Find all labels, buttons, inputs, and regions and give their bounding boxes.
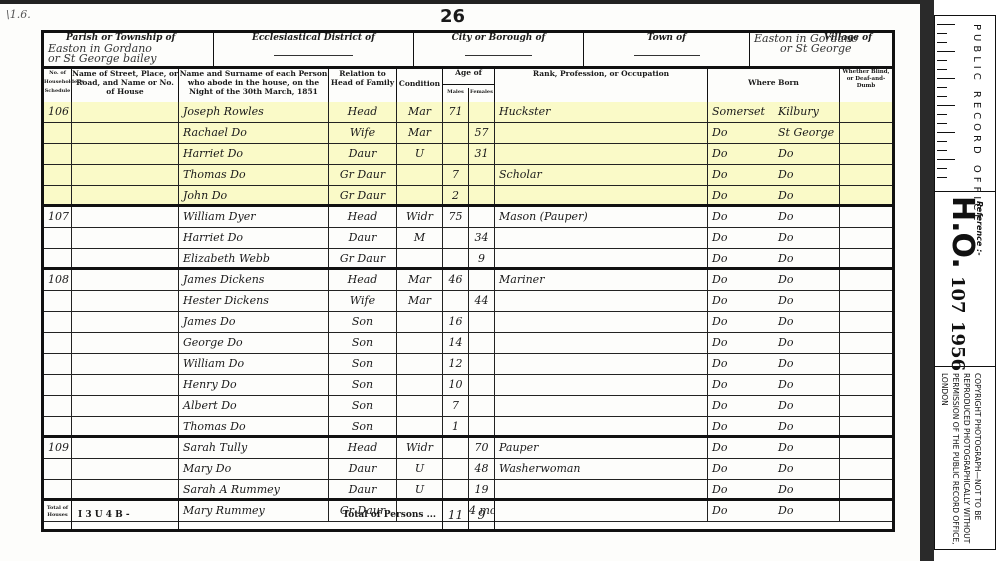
street-cell bbox=[72, 354, 179, 374]
born-county-cell: Do bbox=[708, 438, 774, 458]
condition-cell bbox=[397, 186, 443, 204]
relation-cell: Wife bbox=[329, 123, 397, 143]
name-cell: John Do bbox=[179, 186, 329, 204]
ruler-tick bbox=[937, 60, 947, 61]
town-label: Town of bbox=[584, 33, 749, 43]
occupation-cell bbox=[495, 480, 708, 500]
relation-cell: Son bbox=[329, 354, 397, 374]
page-number: 26 bbox=[440, 6, 465, 27]
schedule-cell bbox=[44, 396, 72, 416]
street-cell bbox=[72, 291, 179, 311]
total-persons-label: Total of Persons ... bbox=[179, 501, 443, 529]
born-county-cell: Do bbox=[708, 291, 774, 311]
column-header: No. of Householder's Schedule Name of St… bbox=[44, 66, 892, 104]
schedule-cell bbox=[44, 165, 72, 185]
born-parish-cell: Do bbox=[774, 144, 840, 164]
ruler-tick bbox=[937, 177, 947, 178]
age-male-cell: 75 bbox=[443, 207, 469, 227]
infirmity-cell bbox=[840, 354, 892, 374]
blank-line bbox=[634, 55, 700, 56]
occupation-cell bbox=[495, 375, 708, 395]
table-row: Thomas DoGr Daur7ScholarDoDo bbox=[44, 165, 892, 186]
name-cell: Thomas Do bbox=[179, 417, 329, 435]
age-female-cell bbox=[469, 333, 495, 353]
ruler-tick bbox=[937, 51, 955, 52]
age-female-cell bbox=[469, 354, 495, 374]
blank-line bbox=[465, 55, 533, 56]
ruler-tick bbox=[937, 141, 947, 142]
infirmity-cell bbox=[840, 207, 892, 227]
condition-cell: Widr bbox=[397, 438, 443, 458]
born-parish-cell: Do bbox=[774, 438, 840, 458]
table-row: William DoSon12DoDo bbox=[44, 354, 892, 375]
infirmity-cell bbox=[840, 186, 892, 204]
age-female-cell bbox=[469, 312, 495, 332]
age-male-cell: 7 bbox=[443, 165, 469, 185]
born-parish-cell: Do bbox=[774, 312, 840, 332]
village-cell: Village of Easton in Gordano or St Georg… bbox=[750, 33, 892, 66]
street-cell bbox=[72, 102, 179, 122]
copyright-box: COPYRIGHT PHOTOGRAPH—NOT TO BE REPRODUCE… bbox=[935, 366, 995, 549]
born-county-cell: Do bbox=[708, 270, 774, 290]
age-male-cell: 12 bbox=[443, 354, 469, 374]
street-cell bbox=[72, 459, 179, 479]
age-male-cell: 2 bbox=[443, 186, 469, 204]
name-cell: William Dyer bbox=[179, 207, 329, 227]
condition-cell: M bbox=[397, 228, 443, 248]
name-cell: Harriet Do bbox=[179, 144, 329, 164]
born-parish-cell: Do bbox=[774, 417, 840, 435]
age-male-cell bbox=[443, 480, 469, 500]
table-row: John DoGr Daur2DoDo bbox=[44, 186, 892, 207]
name-cell: James Dickens bbox=[179, 270, 329, 290]
age-male-cell: 46 bbox=[443, 270, 469, 290]
age-female-cell: 44 bbox=[469, 291, 495, 311]
condition-cell: Mar bbox=[397, 123, 443, 143]
name-cell: Sarah Tully bbox=[179, 438, 329, 458]
table-row: Thomas DoSon1DoDo bbox=[44, 417, 892, 438]
relation-cell: Daur bbox=[329, 480, 397, 500]
condition-cell: U bbox=[397, 480, 443, 500]
occupation-cell bbox=[495, 354, 708, 374]
age-female-cell: 31 bbox=[469, 144, 495, 164]
table-row: Hester DickensWifeMar44DoDo bbox=[44, 291, 892, 312]
ruler-tick bbox=[937, 105, 955, 106]
condition-cell bbox=[397, 417, 443, 435]
ruler-tick bbox=[937, 123, 947, 124]
name-cell: Henry Do bbox=[179, 375, 329, 395]
occupation-cell: Scholar bbox=[495, 165, 708, 185]
infirmity-cell bbox=[840, 438, 892, 458]
col-age: Age of Males Females bbox=[443, 66, 495, 102]
col-infirmity: Whether Blind, or Deaf-and-Dumb bbox=[840, 66, 892, 102]
street-cell bbox=[72, 186, 179, 204]
total-males: 11 bbox=[443, 501, 469, 529]
ruler-tick bbox=[937, 159, 955, 160]
col-condition: Condition bbox=[397, 66, 443, 102]
condition-cell: Mar bbox=[397, 102, 443, 122]
condition-cell bbox=[397, 354, 443, 374]
age-female-cell bbox=[469, 417, 495, 435]
born-parish-cell: Do bbox=[774, 165, 840, 185]
born-parish-cell: St George bbox=[774, 123, 840, 143]
infirmity-cell bbox=[840, 144, 892, 164]
schedule-cell bbox=[44, 312, 72, 332]
schedule-cell: 107 bbox=[44, 207, 72, 227]
schedule-cell: 108 bbox=[44, 270, 72, 290]
born-county-cell: Do bbox=[708, 207, 774, 227]
age-female-cell bbox=[469, 396, 495, 416]
ruler-divider bbox=[935, 191, 995, 192]
ruler-tick bbox=[937, 33, 947, 34]
infirmity-cell bbox=[840, 291, 892, 311]
name-cell: George Do bbox=[179, 333, 329, 353]
film-edge bbox=[920, 0, 934, 561]
table-row: Mary DoDaurU48WasherwomanDoDo bbox=[44, 459, 892, 480]
name-cell: Elizabeth Webb bbox=[179, 249, 329, 267]
occupation-cell: Washerwoman bbox=[495, 459, 708, 479]
reference-label: Reference :- bbox=[975, 201, 984, 256]
name-cell: Sarah A Rummey bbox=[179, 480, 329, 500]
location-header: Parish or Township of Easton in Gordano … bbox=[44, 33, 892, 69]
infirmity-cell bbox=[840, 480, 892, 500]
occupation-cell bbox=[495, 186, 708, 204]
copyright-notice: COPYRIGHT PHOTOGRAPH—NOT TO BE REPRODUCE… bbox=[939, 373, 983, 548]
schedule-cell bbox=[44, 228, 72, 248]
ruler-tick bbox=[937, 132, 955, 133]
occupation-cell bbox=[495, 249, 708, 267]
ruler-tick bbox=[937, 96, 947, 97]
infirmity-cell bbox=[840, 375, 892, 395]
city-cell: City or Borough of bbox=[414, 33, 584, 66]
street-cell bbox=[72, 333, 179, 353]
street-cell bbox=[72, 144, 179, 164]
born-parish-cell: Do bbox=[774, 270, 840, 290]
occupation-cell bbox=[495, 312, 708, 332]
relation-cell: Head bbox=[329, 438, 397, 458]
relation-cell: Head bbox=[329, 270, 397, 290]
condition-cell bbox=[397, 333, 443, 353]
ruler-label: PUBLIC RECORD OFFICE bbox=[971, 24, 982, 224]
table-row: 109Sarah TullyHeadWidr70PauperDoDo bbox=[44, 438, 892, 459]
born-county-cell: Do bbox=[708, 249, 774, 267]
col-relation: Relation to Head of Family bbox=[329, 66, 397, 102]
relation-cell: Daur bbox=[329, 459, 397, 479]
name-cell: Hester Dickens bbox=[179, 291, 329, 311]
age-male-cell bbox=[443, 123, 469, 143]
age-female-cell bbox=[469, 102, 495, 122]
age-males-label: Males bbox=[443, 88, 469, 102]
born-parish-cell: Do bbox=[774, 291, 840, 311]
relation-cell: Daur bbox=[329, 144, 397, 164]
age-male-cell: 1 bbox=[443, 417, 469, 435]
occupation-cell: Mariner bbox=[495, 270, 708, 290]
street-cell bbox=[72, 207, 179, 227]
age-male-cell: 14 bbox=[443, 333, 469, 353]
relation-cell: Gr Daur bbox=[329, 249, 397, 267]
table-row: Rachael DoWifeMar57DoSt George bbox=[44, 123, 892, 144]
name-cell: Albert Do bbox=[179, 396, 329, 416]
occupation-cell bbox=[495, 123, 708, 143]
born-county-cell: Do bbox=[708, 312, 774, 332]
occupation-cell: Huckster bbox=[495, 102, 708, 122]
schedule-cell bbox=[44, 459, 72, 479]
age-label: Age of bbox=[443, 68, 494, 77]
city-label: City or Borough of bbox=[414, 33, 583, 43]
age-female-cell bbox=[469, 207, 495, 227]
relation-cell: Gr Daur bbox=[329, 186, 397, 204]
occupation-cell bbox=[495, 291, 708, 311]
table-row: 107William DyerHeadWidr75Mason (Pauper)D… bbox=[44, 207, 892, 228]
relation-cell: Gr Daur bbox=[329, 165, 397, 185]
age-female-cell: 57 bbox=[469, 123, 495, 143]
age-female-cell bbox=[469, 270, 495, 290]
name-cell: James Do bbox=[179, 312, 329, 332]
age-male-cell bbox=[443, 249, 469, 267]
table-row: George DoSon14DoDo bbox=[44, 333, 892, 354]
age-female-cell bbox=[469, 186, 495, 204]
age-male-cell: 71 bbox=[443, 102, 469, 122]
born-parish-cell: Do bbox=[774, 396, 840, 416]
age-male-cell bbox=[443, 228, 469, 248]
relation-cell: Son bbox=[329, 417, 397, 435]
age-female-cell: 19 bbox=[469, 480, 495, 500]
condition-cell bbox=[397, 249, 443, 267]
condition-cell bbox=[397, 375, 443, 395]
total-females: 9 bbox=[469, 501, 495, 529]
relation-cell: Son bbox=[329, 396, 397, 416]
occupation-cell bbox=[495, 333, 708, 353]
col-name: Name and Surname of each Person who abod… bbox=[179, 66, 329, 102]
condition-cell bbox=[397, 312, 443, 332]
street-cell bbox=[72, 165, 179, 185]
street-cell bbox=[72, 228, 179, 248]
name-cell: Rachael Do bbox=[179, 123, 329, 143]
born-parish-cell: Do bbox=[774, 354, 840, 374]
col-schedule: No. of Householder's Schedule bbox=[44, 66, 72, 102]
street-cell bbox=[72, 270, 179, 290]
parish-cell: Parish or Township of Easton in Gordano … bbox=[44, 33, 214, 66]
schedule-cell bbox=[44, 123, 72, 143]
ruler-tick bbox=[937, 168, 947, 169]
table-row: Albert DoSon7DoDo bbox=[44, 396, 892, 417]
born-county-cell: Do bbox=[708, 480, 774, 500]
street-cell bbox=[72, 123, 179, 143]
schedule-cell bbox=[44, 417, 72, 435]
street-cell bbox=[72, 249, 179, 267]
relation-cell: Wife bbox=[329, 291, 397, 311]
ruler-tick bbox=[937, 87, 947, 88]
age-male-cell bbox=[443, 291, 469, 311]
ruler-tick bbox=[937, 24, 955, 25]
born-county-cell: Do bbox=[708, 354, 774, 374]
born-parish-cell: Do bbox=[774, 480, 840, 500]
schedule-cell bbox=[44, 354, 72, 374]
ecclesiastical-cell: Ecclesiastical District of bbox=[214, 33, 414, 66]
schedule-cell bbox=[44, 480, 72, 500]
schedule-cell bbox=[44, 291, 72, 311]
name-cell: Harriet Do bbox=[179, 228, 329, 248]
street-cell bbox=[72, 480, 179, 500]
infirmity-cell bbox=[840, 102, 892, 122]
schedule-cell bbox=[44, 333, 72, 353]
age-divider bbox=[443, 84, 494, 85]
page-top-edge bbox=[0, 0, 920, 4]
relation-cell: Son bbox=[329, 312, 397, 332]
age-female-cell: 70 bbox=[469, 438, 495, 458]
street-cell bbox=[72, 312, 179, 332]
street-cell bbox=[72, 438, 179, 458]
table-row: James DoSon16DoDo bbox=[44, 312, 892, 333]
relation-cell: Daur bbox=[329, 228, 397, 248]
age-male-cell: 7 bbox=[443, 396, 469, 416]
born-parish-cell: Do bbox=[774, 228, 840, 248]
age-male-cell bbox=[443, 438, 469, 458]
born-parish-cell: Do bbox=[774, 207, 840, 227]
table-row: Harriet DoDaurM34DoDo bbox=[44, 228, 892, 249]
census-page: \1.6. 26 Parish or Township of Easton in… bbox=[0, 0, 920, 561]
infirmity-cell bbox=[840, 312, 892, 332]
age-male-cell: 16 bbox=[443, 312, 469, 332]
born-county-cell: Do bbox=[708, 123, 774, 143]
total-houses-label: Total of Houses bbox=[44, 501, 72, 529]
ecclesiastical-label: Ecclesiastical District of bbox=[214, 33, 413, 43]
col-where-born: Where Born bbox=[708, 66, 840, 102]
born-county-cell: Do bbox=[708, 417, 774, 435]
schedule-cell: 109 bbox=[44, 438, 72, 458]
age-female-cell: 48 bbox=[469, 459, 495, 479]
ruler-tick bbox=[937, 78, 955, 79]
occupation-cell: Pauper bbox=[495, 438, 708, 458]
relation-cell: Son bbox=[329, 375, 397, 395]
infirmity-cell bbox=[840, 228, 892, 248]
infirmity-cell bbox=[840, 333, 892, 353]
born-county-cell: Do bbox=[708, 228, 774, 248]
schedule-cell bbox=[44, 375, 72, 395]
born-county-cell: Do bbox=[708, 165, 774, 185]
age-females-label: Females bbox=[469, 88, 494, 97]
blank-line bbox=[274, 55, 354, 56]
condition-cell: Mar bbox=[397, 270, 443, 290]
name-cell: William Do bbox=[179, 354, 329, 374]
ruler-tick bbox=[937, 69, 947, 70]
born-parish-cell: Do bbox=[774, 186, 840, 204]
street-cell bbox=[72, 417, 179, 435]
infirmity-cell bbox=[840, 459, 892, 479]
schedule-cell: 106 bbox=[44, 102, 72, 122]
ruler-tick bbox=[937, 114, 947, 115]
infirmity-cell bbox=[840, 270, 892, 290]
ruler-tick bbox=[937, 150, 947, 151]
born-parish-cell: Do bbox=[774, 375, 840, 395]
born-county-cell: Do bbox=[708, 333, 774, 353]
infirmity-cell bbox=[840, 417, 892, 435]
born-county-cell: Do bbox=[708, 186, 774, 204]
occupation-cell: Mason (Pauper) bbox=[495, 207, 708, 227]
condition-cell bbox=[397, 165, 443, 185]
born-parish-cell: Do bbox=[774, 459, 840, 479]
occupation-cell bbox=[495, 417, 708, 435]
age-male-cell bbox=[443, 459, 469, 479]
name-cell: Thomas Do bbox=[179, 165, 329, 185]
born-parish-cell: Kilbury bbox=[774, 102, 840, 122]
born-county-cell: Do bbox=[708, 459, 774, 479]
ruler-tick bbox=[937, 42, 947, 43]
occupation-cell bbox=[495, 144, 708, 164]
condition-cell: Widr bbox=[397, 207, 443, 227]
schedule-cell bbox=[44, 249, 72, 267]
condition-cell bbox=[397, 396, 443, 416]
occupation-cell bbox=[495, 396, 708, 416]
town-cell: Town of bbox=[584, 33, 750, 66]
age-female-cell: 9 bbox=[469, 249, 495, 267]
census-form: Parish or Township of Easton in Gordano … bbox=[41, 30, 895, 532]
born-county-cell: Do bbox=[708, 375, 774, 395]
relation-cell: Son bbox=[329, 333, 397, 353]
infirmity-cell bbox=[840, 396, 892, 416]
relation-cell: Head bbox=[329, 102, 397, 122]
name-cell: Joseph Rowles bbox=[179, 102, 329, 122]
born-parish-cell: Do bbox=[774, 333, 840, 353]
infirmity-cell bbox=[840, 165, 892, 185]
name-cell: Mary Do bbox=[179, 459, 329, 479]
schedule-cell bbox=[44, 186, 72, 204]
totals-row: Total of Houses I 3 U 4 B - Total of Per… bbox=[44, 498, 892, 529]
col-street: Name of Street, Place, or Road, and Name… bbox=[72, 66, 179, 102]
condition-cell: U bbox=[397, 459, 443, 479]
street-cell bbox=[72, 396, 179, 416]
table-row: Harriet DoDaurU31DoDo bbox=[44, 144, 892, 165]
reference-ruler: PUBLIC RECORD OFFICE H.O. Reference :- 1… bbox=[934, 15, 996, 550]
born-county-cell: Somerset bbox=[708, 102, 774, 122]
corner-mark: \1.6. bbox=[6, 8, 31, 21]
infirmity-cell bbox=[840, 249, 892, 267]
age-male-cell: 10 bbox=[443, 375, 469, 395]
table-row: Henry DoSon10DoDo bbox=[44, 375, 892, 396]
occupation-cell bbox=[495, 228, 708, 248]
born-county-cell: Do bbox=[708, 396, 774, 416]
age-female-cell: 34 bbox=[469, 228, 495, 248]
relation-cell: Head bbox=[329, 207, 397, 227]
infirmity-cell bbox=[840, 123, 892, 143]
table-row: 108James DickensHeadMar46MarinerDoDo bbox=[44, 270, 892, 291]
age-male-cell bbox=[443, 144, 469, 164]
born-county-cell: Do bbox=[708, 144, 774, 164]
table-row: Elizabeth WebbGr Daur9DoDo bbox=[44, 249, 892, 270]
schedule-cell bbox=[44, 144, 72, 164]
parish-value-2: or St George bailey bbox=[44, 53, 213, 65]
piece-number: 107 bbox=[947, 276, 968, 314]
street-cell bbox=[72, 375, 179, 395]
age-female-cell bbox=[469, 375, 495, 395]
total-houses-value: I 3 U 4 B - bbox=[72, 501, 179, 529]
col-occupation: Rank, Profession, or Occupation bbox=[495, 66, 708, 102]
folio-number: 1956 bbox=[947, 321, 968, 371]
table-row: 106Joseph RowlesHeadMar71HucksterSomerse… bbox=[44, 102, 892, 123]
condition-cell: U bbox=[397, 144, 443, 164]
born-parish-cell: Do bbox=[774, 249, 840, 267]
condition-cell: Mar bbox=[397, 291, 443, 311]
age-female-cell bbox=[469, 165, 495, 185]
